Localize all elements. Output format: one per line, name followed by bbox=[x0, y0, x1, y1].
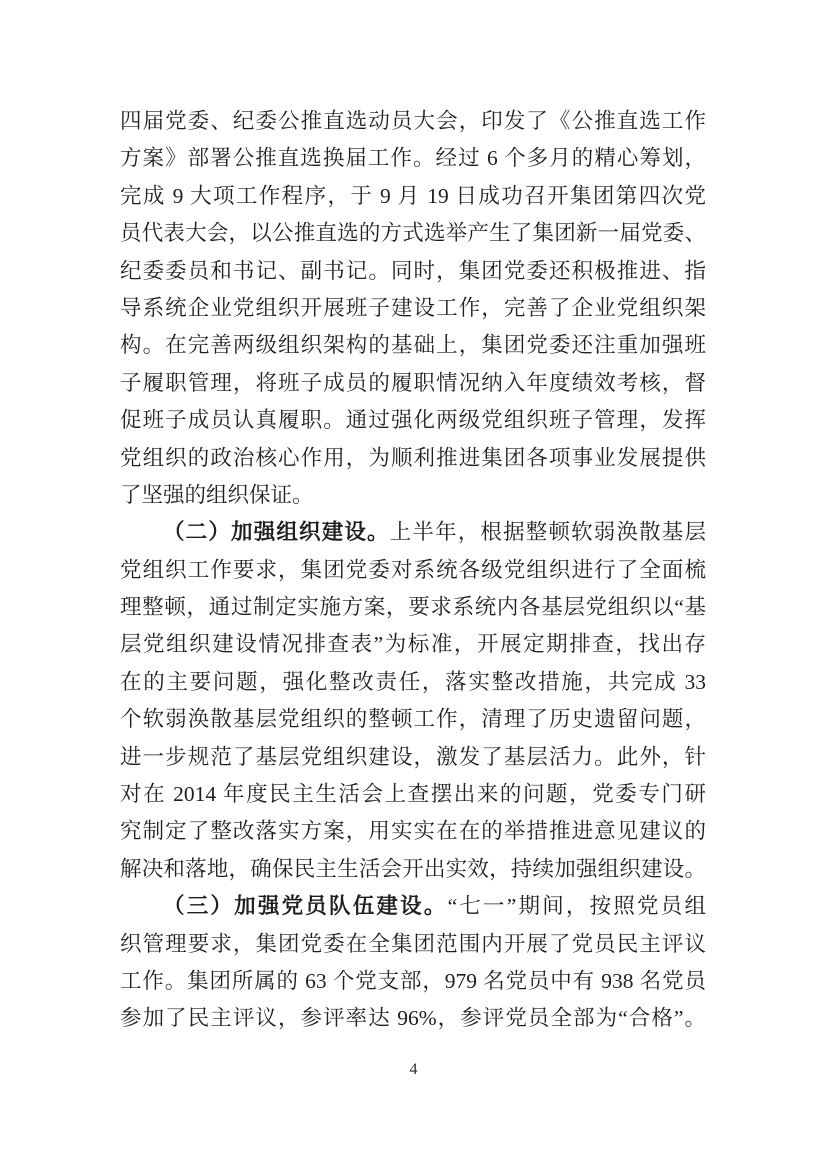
text-line: 工作。集团所属的 63 个党支部，979 名党员中有 938 名党员 bbox=[120, 963, 706, 1000]
paragraph-end-line: 参加了民主评议，参评率达 96%，参评党员全部为“合格”。 bbox=[120, 1000, 706, 1037]
section-heading-2: （二）加强组织建设。 bbox=[163, 520, 390, 544]
text-line: 导系统企业党组织开展班子建设工作，完善了企业党组织架 bbox=[120, 290, 706, 327]
page-footer: 4 bbox=[0, 1060, 827, 1080]
text-line: 纪委委员和书记、副书记。同时，集团党委还积极推进、指 bbox=[120, 253, 706, 290]
page-number: 4 bbox=[410, 1061, 418, 1078]
section-heading-3: （三）加强党员队伍建设。 bbox=[163, 894, 448, 918]
text-line: 子履职管理，将班子成员的履职情况纳入年度绩效考核，督 bbox=[120, 365, 706, 402]
text-line: 员代表大会，以公推直选的方式选举产生了集团新一届党委、 bbox=[120, 215, 706, 252]
text-line: 四届党委、纪委公推直选动员大会，印发了《公推直选工作 bbox=[120, 103, 706, 140]
text-line: 对在 2014 年度民主生活会上查摆出来的问题，党委专门研 bbox=[120, 776, 706, 813]
text-line: 究制定了整改落实方案，用实实在在的举措推进意见建议的 bbox=[120, 813, 706, 850]
text-line: 层党组织建设情况排查表”为标准，开展定期排查，找出存 bbox=[120, 626, 706, 663]
paragraph-end-line: 了坚强的组织保证。 bbox=[120, 477, 706, 514]
text-line: 个软弱涣散基层党组织的整顿工作，清理了历史遗留问题， bbox=[120, 701, 706, 738]
text-line: 完成 9 大项工作程序，于 9 月 19 日成功召开集团第四次党 bbox=[120, 178, 706, 215]
section-heading-line: （三）加强党员队伍建设。“七一”期间，按照党员组 bbox=[120, 888, 706, 925]
text-line: 织管理要求，集团党委在全集团范围内开展了党员民主评议 bbox=[120, 926, 706, 963]
document-body: 四届党委、纪委公推直选动员大会，印发了《公推直选工作 方案》部署公推直选换届工作… bbox=[120, 103, 706, 1038]
line-text: 上半年，根据整顿软弱涣散基层 bbox=[390, 520, 706, 544]
text-line: 方案》部署公推直选换届工作。经过 6 个多月的精心筹划， bbox=[120, 140, 706, 177]
text-line: 党组织的政治核心作用，为顺利推进集团各项事业发展提供 bbox=[120, 440, 706, 477]
text-line: 促班子成员认真履职。通过强化两级党组织班子管理，发挥 bbox=[120, 402, 706, 439]
text-line: 构。在完善两级组织架构的基础上，集团党委还注重加强班 bbox=[120, 327, 706, 364]
line-text: “七一”期间，按照党员组 bbox=[448, 894, 706, 918]
section-heading-line: （二）加强组织建设。上半年，根据整顿软弱涣散基层 bbox=[120, 514, 706, 551]
text-line: 理整顿，通过制定实施方案，要求系统内各基层党组织以“基 bbox=[120, 589, 706, 626]
text-line: 党组织工作要求，集团党委对系统各级党组织进行了全面梳 bbox=[120, 552, 706, 589]
paragraph-end-line: 解决和落地，确保民主生活会开出实效，持续加强组织建设。 bbox=[120, 851, 706, 888]
document-page: 四届党委、纪委公推直选动员大会，印发了《公推直选工作 方案》部署公推直选换届工作… bbox=[0, 0, 827, 1169]
text-line: 在的主要问题，强化整改责任，落实整改措施，共完成 33 bbox=[120, 664, 706, 701]
text-line: 进一步规范了基层党组织建设，激发了基层活力。此外，针 bbox=[120, 739, 706, 776]
